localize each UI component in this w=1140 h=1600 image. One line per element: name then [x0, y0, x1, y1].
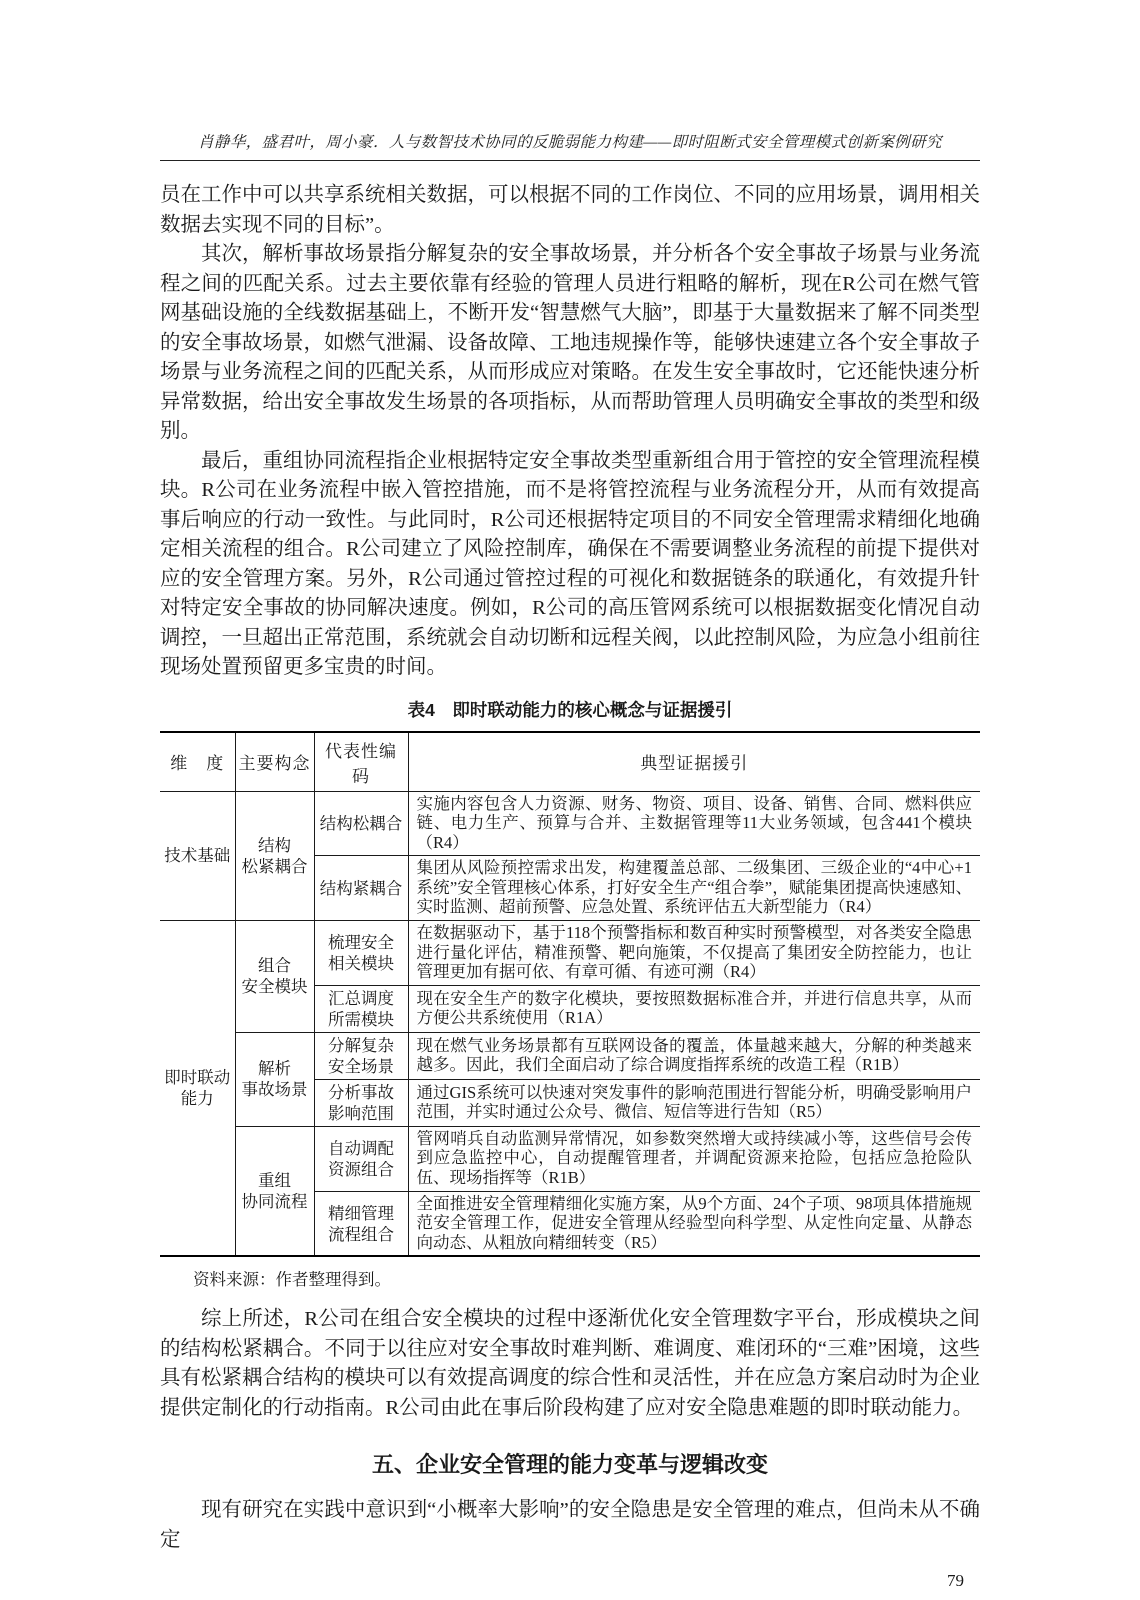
col-header-coding: 代表性编码 — [314, 732, 408, 792]
code-cell: 汇总调度 所需模块 — [314, 985, 408, 1032]
code-cell: 梳理安全 相关模块 — [314, 921, 408, 986]
code-cell: 分析事故 影响范围 — [314, 1079, 408, 1126]
evidence-cell: 管网哨兵自动监测异常情况，如参数突然增大或持续减小等，这些信号会传到应急监控中心… — [408, 1126, 980, 1191]
table-row: 技术基础 结构 松紧耦合 结构松耦合 实施内容包含人力资源、财务、物资、项目、设… — [160, 791, 980, 856]
running-head: 肖静华，盛君叶，周小豪．人与数智技术协同的反脆弱能力构建——即时阻断式安全管理模… — [160, 130, 980, 161]
table-caption: 表4 即时联动能力的核心概念与证据援引 — [160, 697, 980, 722]
evidence-cell: 通过GIS系统可以快速对突发事件的影响范围进行智能分析，明确受影响用户范围，并实… — [408, 1079, 980, 1126]
page-number: 79 — [160, 1571, 980, 1591]
construct-cell-combine-modules: 组合 安全模块 — [235, 921, 314, 1033]
code-cell: 精细管理 流程组合 — [314, 1191, 408, 1256]
section-heading: 五、企业安全管理的能力变革与逻辑改变 — [160, 1448, 980, 1479]
evidence-cell: 在数据驱动下，基于118个预警指标和数百种实时预警模型，对各类安全隐患进行量化评… — [408, 921, 980, 986]
paper-page: 肖静华，盛君叶，周小豪．人与数智技术协同的反脆弱能力构建——即时阻断式安全管理模… — [0, 0, 1140, 1591]
code-cell: 结构紧耦合 — [314, 856, 408, 921]
evidence-cell: 集团从风险预控需求出发，构建覆盖总部、二级集团、三级企业的“4中心+1系统”安全… — [408, 856, 980, 921]
paragraph-secondly: 其次，解析事故场景指分解复杂的安全事故场景，并分析各个安全事故子场景与业务流程之… — [160, 240, 980, 447]
paragraph-summary: 综上所述，R公司在组合安全模块的过程中逐渐优化安全管理数字平台，形成模块之间的结… — [160, 1305, 980, 1423]
evidence-table: 维 度 主要构念 代表性编码 典型证据援引 技术基础 结构 松紧耦合 结构松耦合… — [160, 731, 980, 1258]
col-header-evidence: 典型证据援引 — [408, 732, 980, 792]
running-head-text: 肖静华，盛君叶，周小豪．人与数智技术协同的反脆弱能力构建——即时阻断式安全管理模… — [198, 134, 942, 151]
construct-cell-parse-scenarios: 解析 事故场景 — [235, 1032, 314, 1126]
col-header-dimension: 维 度 — [160, 732, 235, 792]
table-row: 解析 事故场景 分解复杂 安全场景 现在燃气业务场景都有互联网设备的覆盖，体量越… — [160, 1032, 980, 1079]
dimension-cell-realtime-linkage: 即时联动 能力 — [160, 921, 235, 1257]
evidence-cell: 现在燃气业务场景都有互联网设备的覆盖，体量越来越大，分解的种类越来越多。因此，我… — [408, 1032, 980, 1079]
code-cell: 自动调配 资源组合 — [314, 1126, 408, 1191]
evidence-cell: 实施内容包含人力资源、财务、物资、项目、设备、销售、合同、燃料供应链、电力生产、… — [408, 791, 980, 856]
col-header-construct: 主要构念 — [235, 732, 314, 792]
paragraph-finally: 最后，重组协同流程指企业根据特定安全事故类型重新组合用于管控的安全管理流程模块。… — [160, 447, 980, 683]
construct-cell-coupling: 结构 松紧耦合 — [235, 791, 314, 921]
code-cell: 结构松耦合 — [314, 791, 408, 856]
paragraph-section-intro: 现有研究在实践中意识到“小概率大影响”的安全隐患是安全管理的难点，但尚未从不确定 — [160, 1496, 980, 1555]
code-cell: 分解复杂 安全场景 — [314, 1032, 408, 1079]
dimension-cell-tech-base: 技术基础 — [160, 791, 235, 921]
construct-cell-recombine-processes: 重组 协同流程 — [235, 1126, 314, 1256]
table-row: 重组 协同流程 自动调配 资源组合 管网哨兵自动监测异常情况，如参数突然增大或持… — [160, 1126, 980, 1191]
evidence-cell: 现在安全生产的数字化模块，要按照数据标准合并，并进行信息共享，从而方便公共系统使… — [408, 985, 980, 1032]
table-header-row: 维 度 主要构念 代表性编码 典型证据援引 — [160, 732, 980, 792]
table-row: 即时联动 能力 组合 安全模块 梳理安全 相关模块 在数据驱动下，基于118个预… — [160, 921, 980, 986]
paragraph-continuation: 员在工作中可以共享系统相关数据，可以根据不同的工作岗位、不同的应用场景，调用相关… — [160, 181, 980, 240]
evidence-cell: 全面推进安全管理精细化实施方案，从9个方面、24个子项、98项具体措施规范安全管… — [408, 1191, 980, 1256]
table-source-note: 资料来源：作者整理得到。 — [160, 1266, 980, 1290]
